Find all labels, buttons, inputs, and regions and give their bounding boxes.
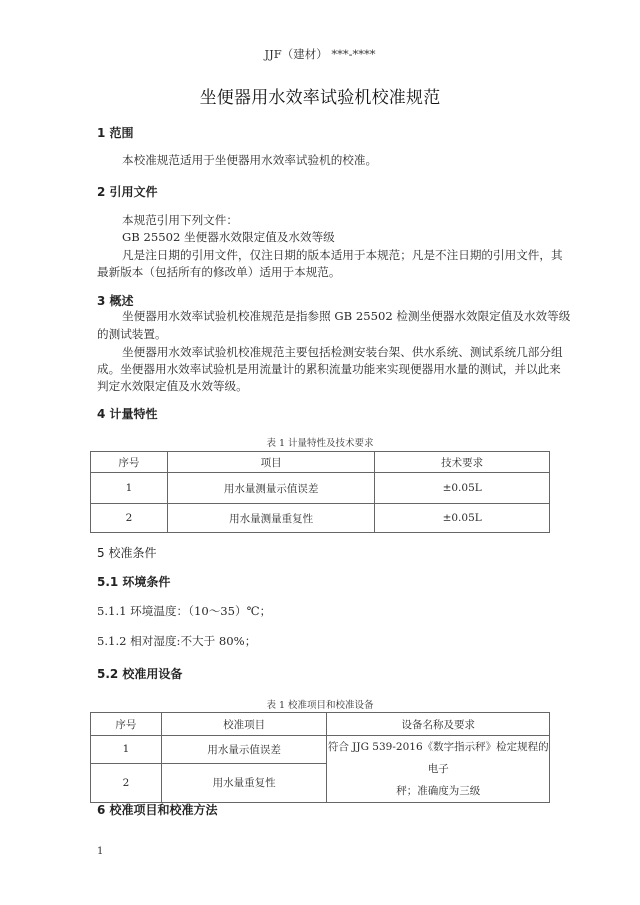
table-header-row: 序号 项目 技术要求	[91, 452, 550, 473]
table-cell: 2	[91, 763, 162, 802]
table-1-caption: 表 1 计量特性及技术要求	[0, 435, 640, 449]
section-4-heading: 4 计量特性	[97, 405, 158, 422]
table-row: 1 用水量示值误差 符合 JJG 539-2016《数字指示秤》检定规程的电子 …	[91, 736, 550, 764]
equipment-requirement-line-2: 秤；准确度为三级	[327, 780, 549, 802]
section-3-line: 坐便器用水效率试验机校准规范主要包括检测安装台架、供水系统、测试系统几部分组	[122, 344, 563, 360]
section-2-line: 凡是注日期的引用文件，仅注日期的版本适用于本规范；凡是不注日期的引用文件，其	[122, 247, 563, 263]
table-row: 1 用水量测量示值误差 ±0.05L	[91, 473, 550, 504]
section-5-1-1-text: 5.1.1 环境温度：（10～35）℃；	[97, 603, 271, 619]
page-title: 坐便器用水效率试验机校准规范	[0, 83, 640, 108]
section-1-heading: 1 范围	[97, 124, 134, 141]
section-3-line: 坐便器用水效率试验机校准规范是指参照 GB 25502 检测坐便器水效限定值及水…	[122, 308, 570, 324]
table-cell: 1	[91, 473, 168, 504]
table-cell: 2	[91, 504, 168, 533]
header-cell: 序号	[91, 713, 162, 736]
page-number: 1	[97, 846, 103, 857]
section-5-1-heading: 5.1 环境条件	[97, 573, 170, 590]
document-header: JJF（建材） ***-****	[0, 46, 640, 62]
section-3-line: 判定水效限定值及水效等级。	[97, 378, 248, 394]
table-cell: 用水量示值误差	[161, 736, 327, 764]
table-cell: 1	[91, 736, 162, 764]
section-5-heading: 5 校准条件	[97, 544, 156, 561]
merged-equipment-cell: 符合 JJG 539-2016《数字指示秤》检定规程的电子 秤；准确度为三级	[327, 736, 550, 803]
table-cell: ±0.05L	[375, 504, 550, 533]
header-cell: 校准项目	[161, 713, 327, 736]
section-6-heading: 6 校准项目和校准方法	[97, 801, 218, 818]
table-cell: 用水量测量示值误差	[167, 473, 375, 504]
table-header-row: 序号 校准项目 设备名称及要求	[91, 713, 550, 736]
section-2-line: 最新版本（包括所有的修改单）适用于本规范。	[97, 264, 340, 280]
section-3-line: 成。坐便器用水效率试验机是用流量计的累积流量功能来实现便器用水量的测试，并以此来	[97, 361, 561, 377]
table-2-caption: 表 1 校准项目和校准设备	[0, 697, 640, 711]
section-5-1-2-text: 5.1.2 相对湿度:不大于 80%；	[97, 633, 256, 649]
metrology-table: 序号 项目 技术要求 1 用水量测量示值误差 ±0.05L 2 用水量测量重复性…	[90, 451, 550, 533]
section-5-2-heading: 5.2 校准用设备	[97, 665, 182, 682]
header-cell: 项目	[167, 452, 375, 473]
table-cell: 用水量重复性	[161, 763, 327, 802]
section-2-line: GB 25502 坐便器水效限定值及水效等级	[122, 229, 335, 245]
section-2-line: 本规范引用下列文件：	[122, 212, 238, 228]
equipment-requirement-line-1: 符合 JJG 539-2016《数字指示秤》检定规程的电子	[327, 736, 549, 780]
table-cell: ±0.05L	[375, 473, 550, 504]
section-3-line: 的测试装置。	[97, 326, 167, 342]
table-row: 2 用水量测量重复性 ±0.05L	[91, 504, 550, 533]
header-cell: 设备名称及要求	[327, 713, 550, 736]
header-cell: 序号	[91, 452, 168, 473]
header-cell: 技术要求	[375, 452, 550, 473]
section-2-heading: 2 引用文件	[97, 183, 158, 200]
section-1-paragraph: 本校准规范适用于坐便器用水效率试验机的校准。	[122, 152, 377, 168]
table-cell: 用水量测量重复性	[167, 504, 375, 533]
equipment-table: 序号 校准项目 设备名称及要求 1 用水量示值误差 符合 JJG 539-201…	[90, 712, 550, 803]
section-3-heading: 3 概述	[97, 292, 134, 309]
